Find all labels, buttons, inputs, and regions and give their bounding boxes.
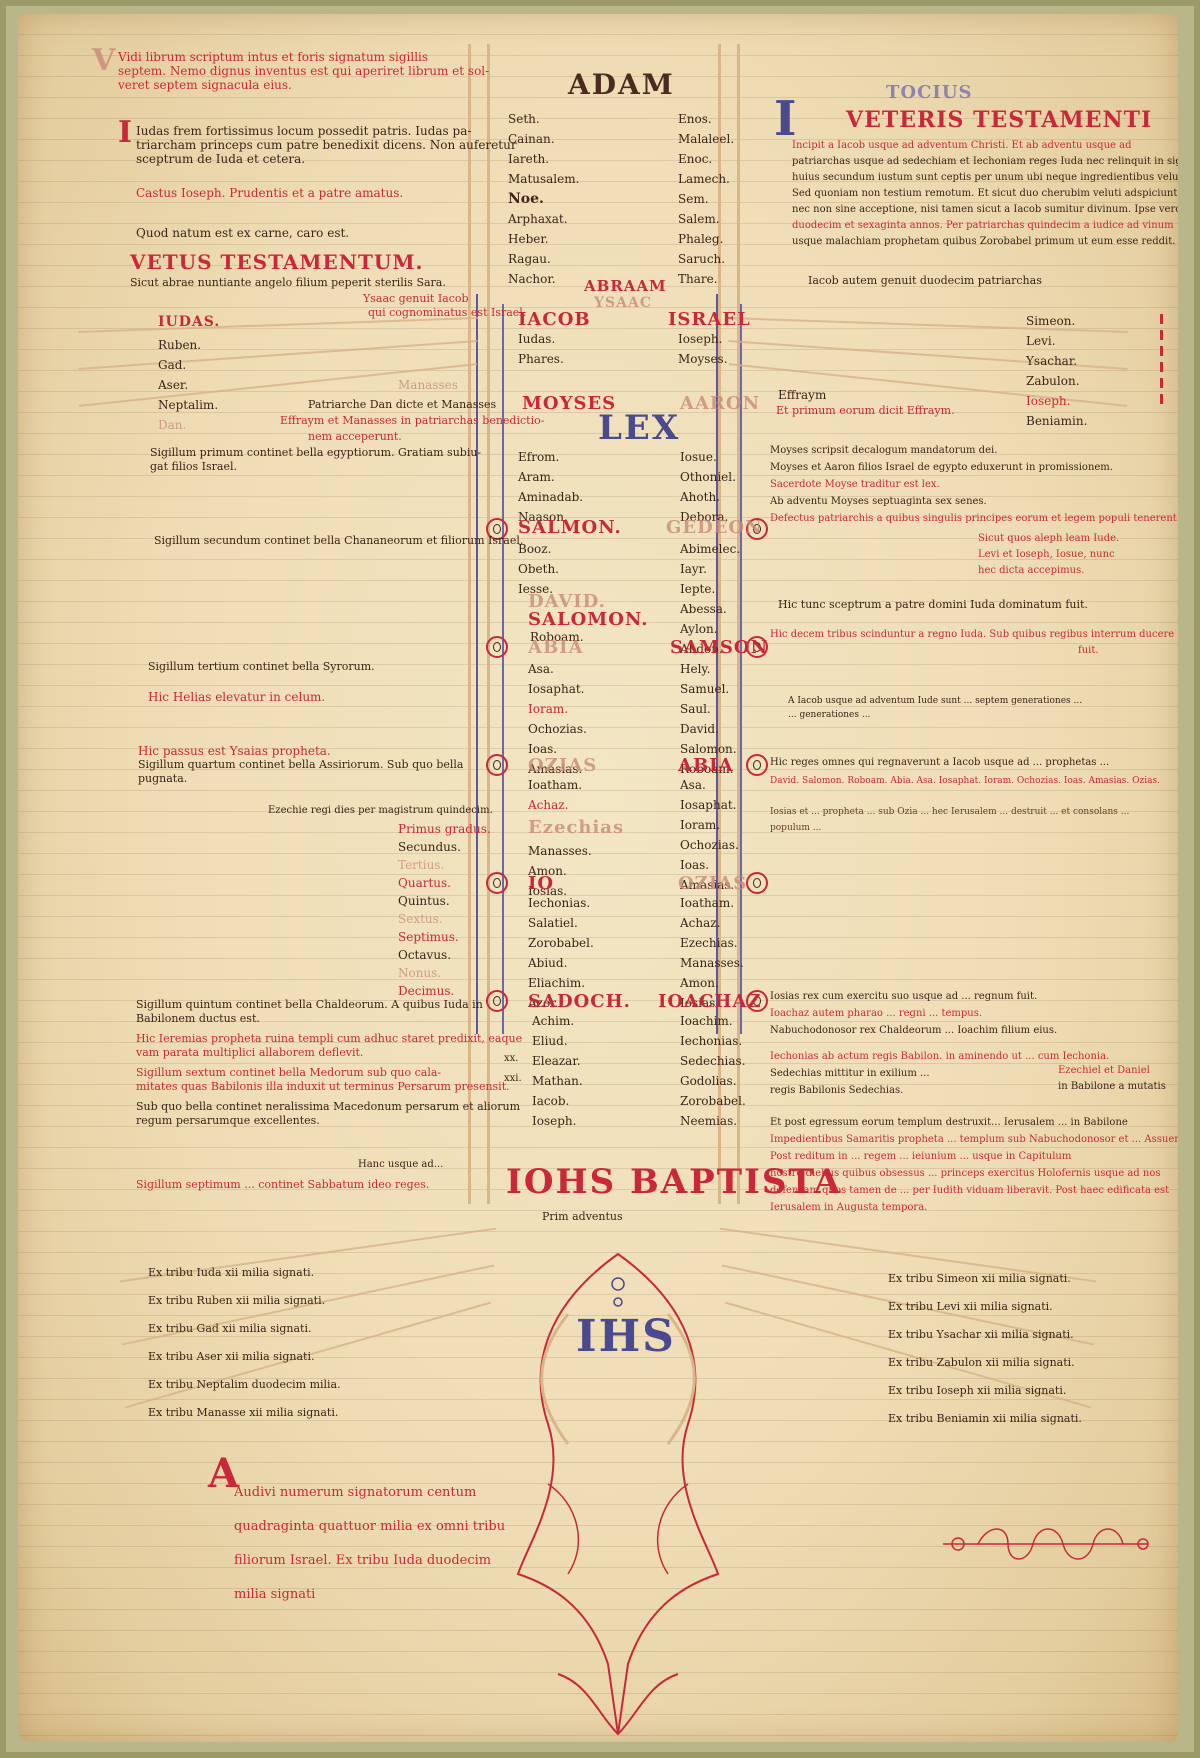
- text-line: Iechonias ab actum regis Babilon. in ami…: [770, 1048, 1109, 1065]
- text-line: septem. Nemo dignus inventus est qui ape…: [118, 64, 489, 78]
- initial-i-blue-icon: I: [774, 94, 796, 144]
- jacob-heading: IACOB: [518, 310, 591, 330]
- audivi-paragraph: Audivi numerum signatorum centum quadrag…: [234, 1486, 505, 1622]
- ysaias-paragraph: Hic passus est Ysaias propheta. Sigillum…: [138, 744, 463, 786]
- name-entry: Achim.: [532, 1014, 583, 1028]
- ozias-right-heading: OZIAS: [678, 874, 747, 894]
- effraym-note: Et primum eorum dicit Effraym.: [776, 404, 955, 418]
- text-line: Ab adventu Moyses septuaginta sex senes.: [770, 493, 1178, 510]
- text-line: Impedientibus Samaritis propheta ... tem…: [770, 1131, 1178, 1148]
- hic-decem-line: Hic decem tribus scinduntur a regno Iuda…: [770, 628, 1178, 642]
- faint-note: A Iacob usque ad adventum Iude sunt ... …: [788, 694, 1082, 708]
- tribes-left-list: IUDAS. Ruben. Gad. Aser. Neptalim. Dan.: [158, 312, 220, 438]
- tribe-name: IUDAS.: [158, 312, 220, 332]
- name-entry: Iechonias.: [680, 1034, 746, 1048]
- title-adam: ADAM: [568, 70, 675, 100]
- text-line: Moyses scripsit decalogum mandatorum dei…: [770, 442, 1178, 459]
- text-line: regum persarumque excellentes.: [136, 1114, 520, 1128]
- text-line: Ezechiel et Daniel: [1058, 1064, 1166, 1078]
- ezechias-days-line: Ezechie regi dies per magistrum quindeci…: [268, 804, 493, 818]
- name-entry: Saruch.: [678, 252, 734, 266]
- name-entry: Booz.: [518, 542, 559, 556]
- tribe-name: Zabulon.: [1026, 374, 1087, 388]
- ioachaz-heading: IOACHAZ: [658, 992, 762, 1012]
- name-entry: Salatiel.: [528, 916, 594, 930]
- name-entry: Aylon.: [680, 622, 740, 636]
- text-line: Nabuchodonosor rex Chaldeorum ... Ioachi…: [770, 1022, 1057, 1039]
- ordinal: Secundus.: [398, 840, 491, 854]
- tribe-sealed: Ex tribu Ysachar xii milia signati.: [888, 1328, 1082, 1342]
- tribe-name: Ruben.: [158, 338, 220, 352]
- hic-tunc-line: Hic tunc sceptrum a patre domini Iuda do…: [778, 598, 1088, 612]
- name-entry: Aram.: [518, 470, 583, 484]
- dense-paragraph: Iosias et ... propheta ... sub Ozia ... …: [770, 804, 1160, 836]
- name-entry: Enoc.: [678, 152, 734, 166]
- ihs-monogram: IHS: [576, 1314, 676, 1360]
- ordinal: Septimus.: [398, 930, 491, 944]
- tocius-heading: TOCIUS: [886, 86, 973, 100]
- text-line: gat filios Israel.: [150, 460, 481, 474]
- text-line: Defectus patriarchis a quibus singulis p…: [770, 510, 1178, 527]
- name-entry: Moyses.: [678, 352, 728, 366]
- first-advent-note: Prim adventus: [542, 1210, 623, 1224]
- name-entry: Sedechias.: [680, 1054, 746, 1068]
- name-entry: Asa.: [680, 778, 739, 792]
- ordinal: Tertius.: [398, 858, 491, 872]
- iosias-paragraph: Iosias rex cum exercitu suo usque ad ...…: [770, 988, 1057, 1039]
- israel-heading: ISRAEL: [668, 310, 751, 330]
- name-entry-noe: Noe.: [508, 192, 579, 206]
- text-line: filiorum Israel. Ex tribu Iuda duodecim: [234, 1554, 505, 1568]
- jacob-children-right: Ioseph. Moyses.: [678, 332, 728, 372]
- name-entry: Zorobabel.: [680, 1094, 746, 1108]
- name-entry: Manasses.: [528, 844, 624, 858]
- io-heading: IO: [528, 874, 554, 894]
- text-line: Levi et Ioseph, Iosue, nunc: [978, 548, 1119, 562]
- manuscript-page: ADAM Seth. Cainan. Iareth. Matusalem. No…: [18, 14, 1178, 1742]
- text-line: hec dicta accepimus.: [978, 564, 1119, 578]
- ordinal: Sextus.: [398, 912, 491, 926]
- tribe-name: Levi.: [1026, 334, 1087, 348]
- text-line: Sigillum sextum continet bella Medorum s…: [136, 1066, 510, 1080]
- tribe-name: Dan.: [158, 418, 220, 432]
- vetus-testamentum-heading: VETUS TESTAMENTUM.: [130, 252, 423, 272]
- name-entry: Ioachim.: [680, 1014, 746, 1028]
- sigillum-6: Sigillum sextum continet bella Medorum s…: [136, 1066, 510, 1094]
- effraym-right: Effraym: [778, 388, 826, 402]
- kings-left-5: Achim. Eliud. Eleazar. Mathan. Iacob. Io…: [532, 1014, 583, 1134]
- roundel-marker: [746, 754, 768, 776]
- margin-marks: [1160, 314, 1163, 404]
- ezechiel-daniel: Ezechiel et Daniel in Babilone a mutatis: [1058, 1064, 1166, 1096]
- text-line: Et post egressum eorum templum destruxit…: [770, 1114, 1178, 1131]
- opening-verse: Vidi librum scriptum intus et foris sign…: [118, 50, 489, 92]
- ordinal: Quartus.: [398, 876, 491, 890]
- tribe-sealed: Ex tribu Zabulon xii milia signati.: [888, 1356, 1082, 1370]
- name-entry: Eleazar.: [532, 1054, 583, 1068]
- text-line: Sigillum quartum continet bella Assirior…: [138, 758, 463, 772]
- ordinal: Primus gradus.: [398, 822, 491, 836]
- tribe-name: Simeon.: [1026, 314, 1087, 328]
- ozias-heading: OZIAS: [528, 756, 597, 776]
- name-entry: Manasses.: [680, 956, 744, 970]
- text-line: Sacerdote Moyse traditur est lex.: [770, 476, 1178, 493]
- name-entry: Ioas.: [680, 858, 739, 872]
- name-entry: Matusalem.: [508, 172, 579, 186]
- genealogy-left-column-1: Seth. Cainan. Iareth. Matusalem. Noe. Ar…: [508, 112, 579, 292]
- initial-i-icon: I: [118, 118, 132, 148]
- sigillum-3: Sigillum tertium continet bella Syrorum.: [148, 660, 375, 674]
- text-line: nec non sine acceptione, nisi tamen sicu…: [792, 202, 1178, 218]
- name-entry: Cainan.: [508, 132, 579, 146]
- name-entry: Efrom.: [518, 450, 583, 464]
- name-entry: Salem.: [678, 212, 734, 226]
- name-entry: Salomon.: [680, 742, 737, 756]
- name-entry: Amon.: [680, 976, 744, 990]
- sara-line: Sicut abrae nuntiante angelo filium pepe…: [130, 276, 446, 290]
- name-entry: Abiud.: [528, 956, 594, 970]
- tribe-name: Ysachar.: [1026, 354, 1087, 368]
- tribe-sealed: Ex tribu Manasse xii milia signati.: [148, 1406, 341, 1420]
- tribe-name: Gad.: [158, 358, 220, 372]
- text-line: Sicut quos aleph leam Iude.: [978, 532, 1119, 546]
- name-entry: Neemias.: [680, 1114, 746, 1128]
- tribe-name: Neptalim.: [158, 398, 220, 412]
- sigillum-6b: Sub quo bella continet neralissima Maced…: [136, 1100, 520, 1128]
- manasses-faded: Manasses: [398, 378, 458, 392]
- effraym-line: Effraym et Manasses in patriarchas bened…: [280, 414, 544, 428]
- text-line: Hic passus est Ysaias propheta.: [138, 744, 463, 758]
- text-line: veret septem signacula eius.: [118, 78, 489, 92]
- name-entry: Seth.: [508, 112, 579, 126]
- text-line: Iudas frem fortissimus locum possedit pa…: [136, 124, 517, 138]
- name-entry: Iechonias.: [528, 896, 594, 910]
- text-line: Vidi librum scriptum intus et foris sign…: [118, 50, 489, 64]
- ordinal: Octavus.: [398, 948, 491, 962]
- text-line: Babilonem ductus est.: [136, 1012, 483, 1026]
- sadoch-heading: SADOCH.: [528, 992, 631, 1012]
- tribes-bottom-left: Ex tribu Iuda xii milia signati. Ex trib…: [148, 1266, 341, 1434]
- sigillum-2: Sigillum secundum continet bella Chanane…: [154, 534, 523, 548]
- aaron-heading: AARON: [680, 394, 760, 414]
- patriarchs-line: Patriarche Dan dicte et Manasses: [308, 398, 496, 412]
- veteris-testamenti-heading: VETERIS TESTAMENTI: [846, 110, 1152, 130]
- tribe-sealed: Ex tribu Levi xii milia signati.: [888, 1300, 1082, 1314]
- sigillum-5: Sigillum quintum continet bella Chaldeor…: [136, 998, 483, 1026]
- jacob-children-left: Iudas. Phares.: [518, 332, 564, 372]
- text-line: triarcham princeps cum patre benedixit d…: [136, 138, 517, 152]
- name-entry: Ioseph.: [532, 1114, 583, 1128]
- name-entry: Lamech.: [678, 172, 734, 186]
- text-line: defensam quos tamen de ... per Iudith vi…: [770, 1182, 1178, 1199]
- name-entry: Aminadab.: [518, 490, 583, 504]
- name-entry: Godolias.: [680, 1074, 746, 1088]
- gedeon-heading: GEDEON: [666, 518, 763, 538]
- text-line: sceptrum de Iuda et cetera.: [136, 152, 517, 166]
- text-line: huius secundum iustum sunt ceptis per un…: [792, 170, 1178, 186]
- name-entry: Ioatham.: [680, 896, 744, 910]
- text-line: quadraginta quattuor milia ex omni tribu: [234, 1520, 505, 1534]
- tribe-name: Beniamin.: [1026, 414, 1087, 428]
- intro-paragraph: Incipit a Iacob usque ad adventum Christ…: [792, 138, 1178, 250]
- name-entry: David.: [680, 722, 737, 736]
- name-entry: Iosaphat.: [528, 682, 587, 696]
- isaac-genuit: Ysaac genuit Iacob: [363, 292, 469, 306]
- text-line: in Babilone a mutatis: [1058, 1080, 1166, 1094]
- roundel-marker: [746, 872, 768, 894]
- salmon-heading: SALMON.: [518, 518, 622, 538]
- name-entry: Abessa.: [680, 602, 740, 616]
- kings-right-5: Ioachim. Iechonias. Sedechias. Godolias.…: [680, 1014, 746, 1134]
- text-line: Incipit a Iacob usque ad adventum Christ…: [792, 138, 1178, 154]
- name-entry: Achaz.: [680, 916, 744, 930]
- name-entry: Samuel.: [680, 682, 737, 696]
- name-entry: Zorobabel.: [528, 936, 594, 950]
- ordinal: Decimus.: [398, 984, 491, 998]
- lex-heading: LEX: [598, 410, 680, 446]
- ieremias-paragraph: Hic Ieremias propheta ruina templi cum a…: [136, 1032, 522, 1060]
- moyses-paragraph: Moyses scripsit decalogum mandatorum dei…: [770, 442, 1178, 527]
- name-entry: Ioram.: [528, 702, 587, 716]
- tribe-sealed: Ex tribu Simeon xii milia signati.: [888, 1272, 1082, 1286]
- hic-decem-line-2: fuit.: [1078, 644, 1099, 658]
- ordinal: Nonus.: [398, 966, 491, 980]
- name-entry: Othoniel.: [680, 470, 736, 484]
- name-entry: Ezechias.: [680, 936, 744, 950]
- tribes-bottom-right: Ex tribu Simeon xii milia signati. Ex tr…: [888, 1272, 1082, 1440]
- sigillum-1: Sigillum primum continet bella egyptioru…: [150, 446, 481, 474]
- quod-natum-line: Quod natum est ex carne, caro est.: [136, 226, 349, 240]
- name-entry: Iosue.: [680, 450, 736, 464]
- roundel-marker: [486, 636, 508, 658]
- text-line: milia signati: [234, 1588, 505, 1602]
- text-line: Sub quo bella continet neralissima Maced…: [136, 1100, 520, 1114]
- sequel-paragraph: Et post egressum eorum templum destruxit…: [770, 1114, 1178, 1216]
- castus-line: Castus Ioseph. Prudentis et a patre amat…: [136, 186, 403, 200]
- name-entry: Mathan.: [532, 1074, 583, 1088]
- tribe-sealed: Ex tribu Gad xii milia signati.: [148, 1322, 341, 1336]
- name-entry: Ioas.: [528, 742, 587, 756]
- text-line: pugnata.: [138, 772, 463, 786]
- text-line: Sed quoniam non testium remotum. Et sicu…: [792, 186, 1178, 202]
- flourish-ornament-icon: [938, 1514, 1158, 1574]
- isaac-heading: YSAAC: [594, 293, 652, 313]
- name-entry: Arphaxat.: [508, 212, 579, 226]
- text-line: patriarchas usque ad sedechiam et Iechon…: [792, 154, 1178, 170]
- name-entry-ezechias: Ezechias: [528, 818, 624, 838]
- name-entry: Ioatham.: [528, 778, 624, 792]
- tribe-sealed: Ex tribu Ioseph xii milia signati.: [888, 1384, 1082, 1398]
- name-entry: Saul.: [680, 702, 737, 716]
- name-entry: Iepte.: [680, 582, 740, 596]
- ordinal: Quintus.: [398, 894, 491, 908]
- text-line: Sigillum quintum continet bella Chaldeor…: [136, 998, 483, 1012]
- name-entry: Eliud.: [532, 1034, 583, 1048]
- name-entry: Malaleel.: [678, 132, 734, 146]
- name-entry: Sem.: [678, 192, 734, 206]
- tribe-name: Aser.: [158, 378, 220, 392]
- name-entry: Obeth.: [518, 562, 559, 576]
- roundel-marker: [486, 754, 508, 776]
- text-line: Post reditum in ... regem ... ieiunium .…: [770, 1148, 1178, 1165]
- iacob-patriarchs-line: Iacob autem genuit duodecim patriarchas: [808, 274, 1042, 288]
- name-entry: Iacob.: [532, 1094, 583, 1108]
- tree-trunk-left: [468, 44, 490, 1204]
- name-entry: Heber.: [508, 232, 579, 246]
- name-entry: Asa.: [528, 662, 587, 676]
- name-entry: Iareth.: [508, 152, 579, 166]
- name-entry: Ioseph.: [678, 332, 728, 346]
- faint-line: Hanc usque ad...: [358, 1158, 443, 1172]
- text-line: Audivi numerum signatorum centum: [234, 1486, 505, 1500]
- name-entry: Ahoth.: [680, 490, 736, 504]
- name-entry: Ochozias.: [680, 838, 739, 852]
- initial-v-icon: V: [92, 46, 115, 76]
- isaac-genuit-2: qui cognominatus est Israel.: [368, 306, 526, 320]
- text-line: vam parata multiplici allaborem deflevit…: [136, 1046, 522, 1060]
- name-entry: Eliachim.: [528, 976, 594, 990]
- text-line: duodecim et sexaginta annos. Per patriar…: [792, 218, 1178, 234]
- ordinal-grades: Primus gradus. Secundus. Tertius. Quartu…: [398, 822, 491, 1002]
- hic-reges-line: Hic reges omnes qui regnaverunt a Iacob …: [770, 756, 1109, 770]
- name-entry: Enos.: [678, 112, 734, 126]
- name-entry: Phares.: [518, 352, 564, 366]
- text-line: Sigillum primum continet bella egyptioru…: [150, 446, 481, 460]
- text-line: nostro diebus quibus obsessus ... prince…: [770, 1165, 1178, 1182]
- name-entry: Hely.: [680, 662, 737, 676]
- tribe-sealed: Ex tribu Iuda xii milia signati.: [148, 1266, 341, 1280]
- text-line: Iosias rex cum exercitu suo usque ad ...…: [770, 988, 1057, 1005]
- hic-reges-line-2: David. Salomon. Roboam. Abia. Asa. Iosap…: [770, 774, 1160, 788]
- text-line: Moyses et Aaron filios Israel de egypto …: [770, 459, 1178, 476]
- sigillum-7: Sigillum septimum ... continet Sabbatum …: [136, 1178, 429, 1192]
- iudas-paragraph: Iudas frem fortissimus locum possedit pa…: [136, 124, 517, 166]
- samson-heading: SAMSON: [670, 638, 768, 658]
- name-entry: Phaleg.: [678, 232, 734, 246]
- text-line: Hic Ieremias propheta ruina templi cum a…: [136, 1032, 522, 1046]
- tribe-sealed: Ex tribu Neptalim duodecim milia.: [148, 1378, 341, 1392]
- name-entry: Achaz.: [528, 798, 624, 812]
- name-entry: Abimelec.: [680, 542, 740, 556]
- name-entry: Thare.: [678, 272, 734, 286]
- effraym-line-2: nem acceperunt.: [308, 430, 402, 444]
- genealogy-right-column-1: Enos. Malaleel. Enoc. Lamech. Sem. Salem…: [678, 112, 734, 292]
- tribe-sealed: Ex tribu Beniamin xii milia signati.: [888, 1412, 1082, 1426]
- text-line: Ioachaz autem pharao ... regni ... tempu…: [770, 1005, 1057, 1022]
- text-line: mitates quas Babilonis illa induxit ut t…: [136, 1080, 510, 1094]
- name-entry: Iudas.: [518, 332, 564, 346]
- faint-note-2: ... generationes ...: [788, 708, 870, 722]
- salomon-heading: SALOMON.: [528, 610, 648, 630]
- moyses-red-notes: Sicut quos aleph leam Iude. Levi et Iose…: [978, 532, 1119, 580]
- name-entry: Iosaphat.: [680, 798, 739, 812]
- name-entry: Iayr.: [680, 562, 740, 576]
- name-entry: Ioram.: [680, 818, 739, 832]
- tribe-name: Ioseph.: [1026, 394, 1087, 408]
- abia-right-heading: ABIA: [678, 756, 734, 776]
- name-entry: Ochozias.: [528, 722, 587, 736]
- tribes-right-list: Simeon. Levi. Ysachar. Zabulon. Ioseph. …: [1026, 314, 1087, 434]
- tribe-sealed: Ex tribu Ruben xii milia signati.: [148, 1294, 341, 1308]
- text-line: Ierusalem in Augusta tempora.: [770, 1199, 1178, 1216]
- helias-line: Hic Helias elevatur in celum.: [148, 690, 325, 704]
- name-entry: Nachor.: [508, 272, 579, 286]
- tribe-sealed: Ex tribu Aser xii milia signati.: [148, 1350, 341, 1364]
- name-entry: Ragau.: [508, 252, 579, 266]
- text-line: usque malachiam prophetam quibus Zorobab…: [792, 234, 1178, 250]
- abia-heading: ABIA: [528, 638, 584, 658]
